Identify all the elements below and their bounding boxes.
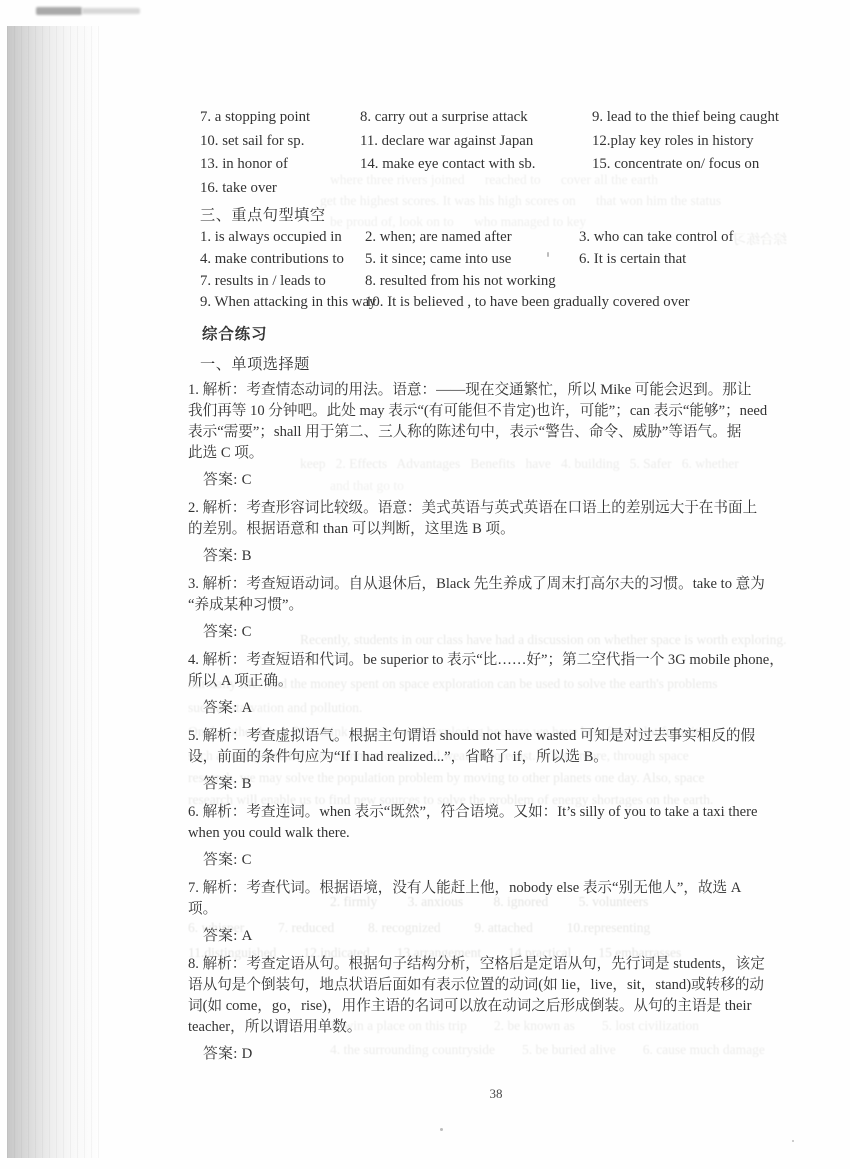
scan-smudge [82, 8, 140, 14]
explanation-line: 4. 解析：考查短语和代词。be superior to 表示“比……好”；第二… [188, 650, 804, 671]
phrase-item: 10. set sail for sp. [200, 130, 360, 154]
scan-smudge [36, 7, 82, 15]
explanation-line: teacher，所以谓语用单数。 [188, 1017, 804, 1038]
answer-line: 答案: C [188, 850, 804, 871]
explanation-line: 3. 解析：考查短语动词。自从退休后，Black 先生养成了周末打高尔夫的习惯。… [188, 574, 804, 595]
explanation-line: “养成某种习惯”。 [188, 595, 804, 616]
phrase-item: 9. lead to the thief being caught [592, 106, 804, 130]
scan-edge-shadow [7, 26, 99, 1158]
explanation-line: 的差别。根据语意和 than 可以判断，这里选 B 项。 [188, 519, 804, 540]
explanation-line: 5. 解析：考查虚拟语气。根据主句谓语 should not have wast… [188, 726, 804, 747]
phrase-item [360, 177, 592, 201]
key-sentence-item: 9. When attacking in this way [200, 292, 365, 314]
key-sentence-list: 1. is always occupied in 2. when; are na… [188, 227, 804, 314]
page-number: 38 [188, 1086, 804, 1102]
explanation-line: 此选 C 项。 [188, 443, 804, 464]
phrase-item [592, 177, 804, 201]
answer-line: 答案: B [188, 546, 804, 567]
explanation-item: 5. 解析：考查虚拟语气。根据主句谓语 should not have wast… [188, 726, 804, 795]
phrase-item: 14. make eye contact with sb. [360, 153, 592, 177]
explanation-line: when you could walk there. [188, 823, 804, 844]
explanation-line: 8. 解析：考查定语从句。根据句子结构分析，空格后是定语从句，先行词是 stud… [188, 954, 804, 975]
explanation-item: 3. 解析：考查短语动词。自从退休后，Black 先生养成了周末打高尔夫的习惯。… [188, 574, 804, 643]
explanation-line: 设，前面的条件句应为“If I had realized...”，省略了 if，… [188, 747, 804, 768]
explanation-line: 1. 解析：考查情态动词的用法。语意：——现在交通繁忙，所以 Mike 可能会迟… [188, 380, 804, 401]
key-sentence-item: 7. results in / leads to [200, 271, 365, 293]
explanation-line: 2. 解析：考查形容词比较级。语意：美式英语与英式英语在口语上的差别远大于在书面… [188, 498, 804, 519]
key-sentence-item: 3. who can take control of [579, 227, 804, 249]
phrase-item: 12.play key roles in history [592, 130, 804, 154]
scanned-page: where three rivers joined reached to cov… [0, 0, 850, 1169]
section-heading-key-sentences: 三、重点句型填空 [200, 204, 804, 227]
phrase-item: 7. a stopping point [200, 106, 360, 130]
key-sentence-row: 9. When attacking in this way 10. It is … [200, 292, 804, 314]
explanation-item: 2. 解析：考查形容词比较级。语意：美式英语与英式英语在口语上的差别远大于在书面… [188, 498, 804, 567]
phrase-item: 15. concentrate on/ focus on [592, 153, 804, 177]
key-sentence-item: 2. when; are named after [365, 227, 579, 249]
key-sentence-item: 8. resulted from his not working [365, 271, 804, 293]
phrase-item: 13. in honor of [200, 153, 360, 177]
scan-speck [792, 1140, 794, 1142]
key-sentence-item: 6. It is certain that [579, 249, 804, 271]
phrase-item: 8. carry out a surprise attack [360, 106, 592, 130]
page-content: 7. a stopping point 8. carry out a surpr… [188, 106, 804, 1072]
phrase-item: 16. take over [200, 177, 360, 201]
explanation-item: 8. 解析：考查定语从句。根据句子结构分析，空格后是定语从句，先行词是 stud… [188, 954, 804, 1065]
explanation-line: 所以 A 项正确。 [188, 671, 804, 692]
explanation-item: 7. 解析：考查代词。根据语境，没有人能赶上他，nobody else 表示“别… [188, 878, 804, 947]
phrase-row: 13. in honor of 14. make eye contact wit… [200, 153, 804, 177]
explanation-list: 1. 解析：考查情态动词的用法。语意：——现在交通繁忙，所以 Mike 可能会迟… [188, 380, 804, 1065]
explanation-line: 6. 解析：考查连词。when 表示“既然”，符合语境。又如：It’s sill… [188, 802, 804, 823]
answer-line: 答案: D [188, 1044, 804, 1065]
key-sentence-row: 4. make contributions to 5. it since; ca… [200, 249, 804, 271]
phrase-item: 11. declare war against Japan [360, 130, 592, 154]
phrase-row: 10. set sail for sp. 11. declare war aga… [200, 130, 804, 154]
explanation-line: 词(如 come，go，rise)，用作主语的名词可以放在动词之后形成倒装。从句… [188, 996, 804, 1017]
phrase-row: 7. a stopping point 8. carry out a surpr… [200, 106, 804, 130]
explanation-line: 语从句是个倒装句，地点状语后面如有表示位置的动词(如 lie，live，sit，… [188, 975, 804, 996]
explanation-line: 项。 [188, 899, 804, 920]
answer-line: 答案: A [188, 698, 804, 719]
key-sentence-item: 5. it since; came into use [365, 249, 579, 271]
explanation-line: 表示“需要”；shall 用于第二、三人称的陈述句中，表示“警告、命令、威胁”等… [188, 422, 804, 443]
key-sentence-row: 1. is always occupied in 2. when; are na… [200, 227, 804, 249]
explanation-item: 1. 解析：考查情态动词的用法。语意：——现在交通繁忙，所以 Mike 可能会迟… [188, 380, 804, 491]
key-sentence-item: 1. is always occupied in [200, 227, 365, 249]
answer-line: 答案: A [188, 926, 804, 947]
explanation-line: 7. 解析：考查代词。根据语境，没有人能赶上他，nobody else 表示“别… [188, 878, 804, 899]
explanation-line: 我们再等 10 分钟吧。此处 may 表示“(有可能但不肯定)也许，可能”；ca… [188, 401, 804, 422]
key-sentence-item: 4. make contributions to [200, 249, 365, 271]
scan-speck [440, 1128, 443, 1131]
key-sentence-row: 7. results in / leads to 8. resulted fro… [200, 271, 804, 293]
explanation-item: 4. 解析：考查短语和代词。be superior to 表示“比……好”；第二… [188, 650, 804, 719]
phrase-list: 7. a stopping point 8. carry out a surpr… [188, 106, 804, 200]
exercise-heading: 综合练习 [202, 324, 804, 346]
answer-line: 答案: B [188, 774, 804, 795]
key-sentence-item: 10. It is believed , to have been gradua… [365, 292, 804, 314]
phrase-row: 16. take over [200, 177, 804, 201]
answer-line: 答案: C [188, 470, 804, 491]
exercise-subheading: 一、单项选择题 [200, 354, 804, 376]
answer-line: 答案: C [188, 622, 804, 643]
explanation-item: 6. 解析：考查连词。when 表示“既然”，符合语境。又如：It’s sill… [188, 802, 804, 871]
